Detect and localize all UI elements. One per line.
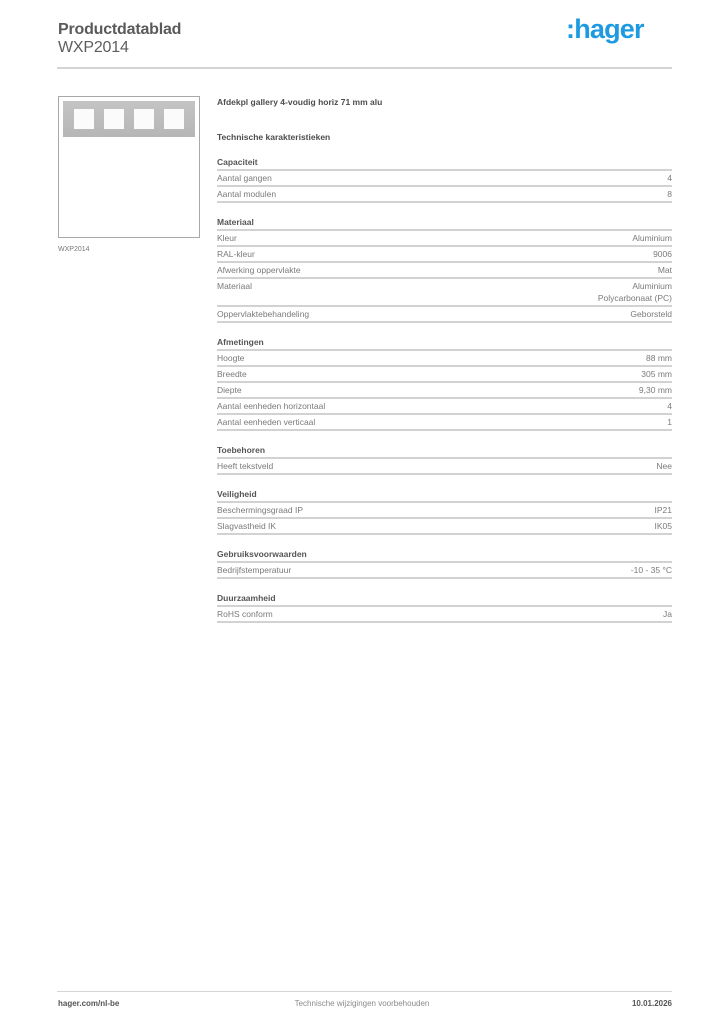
spec-value-line: Aluminium bbox=[598, 280, 672, 292]
spec-value: 8 bbox=[667, 188, 672, 200]
spec-row: OppervlaktebehandelingGeborsteld bbox=[217, 307, 672, 323]
spec-value-line: 8 bbox=[667, 188, 672, 200]
spec-row: KleurAluminium bbox=[217, 231, 672, 247]
spec-label: Aantal modulen bbox=[217, 188, 276, 200]
spec-row: Slagvastheid IKIK05 bbox=[217, 519, 672, 535]
spec-value-line: 88 mm bbox=[646, 352, 672, 364]
spec-value-line: 9006 bbox=[653, 248, 672, 260]
spec-section: MateriaalKleurAluminiumRAL-kleur9006Afwe… bbox=[217, 216, 672, 323]
spec-row: Afwerking oppervlakteMat bbox=[217, 263, 672, 279]
spec-section: DuurzaamheidRoHS conformJa bbox=[217, 592, 672, 623]
spec-row: Aantal eenheden verticaal1 bbox=[217, 415, 672, 431]
spec-value: Ja bbox=[663, 608, 672, 620]
spec-label: Kleur bbox=[217, 232, 237, 244]
spec-label: Slagvastheid IK bbox=[217, 520, 276, 532]
spec-label: Breedte bbox=[217, 368, 247, 380]
cover-plate-illustration bbox=[63, 101, 195, 137]
spec-value: 1 bbox=[667, 416, 672, 428]
spec-row: Beschermingsgraad IPIP21 bbox=[217, 503, 672, 519]
spec-label: Oppervlaktebehandeling bbox=[217, 308, 309, 320]
spec-value-line: Ja bbox=[663, 608, 672, 620]
spec-row: RoHS conformJa bbox=[217, 607, 672, 623]
spec-value: -10 - 35 °C bbox=[631, 564, 672, 576]
spec-label: Heeft tekstveld bbox=[217, 460, 273, 472]
plate-opening bbox=[74, 109, 94, 129]
spec-label: Aantal eenheden horizontaal bbox=[217, 400, 325, 412]
spec-value-line: Geborsteld bbox=[630, 308, 672, 320]
spec-value-line: Aluminium bbox=[632, 232, 672, 244]
spec-value: 9,30 mm bbox=[639, 384, 672, 396]
spec-label: Afwerking oppervlakte bbox=[217, 264, 301, 276]
spec-value-line: 9,30 mm bbox=[639, 384, 672, 396]
spec-value-line: Polycarbonaat (PC) bbox=[598, 292, 672, 304]
section-title: Toebehoren bbox=[217, 444, 672, 459]
spec-row: Aantal gangen4 bbox=[217, 171, 672, 187]
spec-value: Geborsteld bbox=[630, 308, 672, 320]
spec-value-line: 1 bbox=[667, 416, 672, 428]
spec-label: Aantal gangen bbox=[217, 172, 272, 184]
spec-value-line: Nee bbox=[656, 460, 672, 472]
product-name: Afdekpl gallery 4-voudig horiz 71 mm alu bbox=[217, 96, 672, 108]
spec-value-line: -10 - 35 °C bbox=[631, 564, 672, 576]
spec-row: Aantal modulen8 bbox=[217, 187, 672, 203]
spec-value: IK05 bbox=[655, 520, 673, 532]
spec-section: AfmetingenHoogte88 mmBreedte305 mmDiepte… bbox=[217, 336, 672, 431]
section-title: Afmetingen bbox=[217, 336, 672, 351]
spec-label: RAL-kleur bbox=[217, 248, 255, 260]
spec-label: Diepte bbox=[217, 384, 242, 396]
spec-value: Mat bbox=[658, 264, 672, 276]
hager-logo: :hager bbox=[566, 14, 644, 45]
spec-value: 88 mm bbox=[646, 352, 672, 364]
spec-row: Diepte9,30 mm bbox=[217, 383, 672, 399]
tech-characteristics-title: Technische karakteristieken bbox=[217, 131, 672, 143]
spec-section: ToebehorenHeeft tekstveldNee bbox=[217, 444, 672, 475]
spec-value-line: 305 mm bbox=[641, 368, 672, 380]
footer-divider bbox=[57, 991, 672, 992]
spec-value-line: IP21 bbox=[655, 504, 673, 516]
spec-value: 4 bbox=[667, 400, 672, 412]
section-title: Veiligheid bbox=[217, 488, 672, 503]
spec-value: IP21 bbox=[655, 504, 673, 516]
plate-opening bbox=[134, 109, 154, 129]
section-title: Gebruiksvoorwaarden bbox=[217, 548, 672, 563]
spec-value: Aluminium bbox=[632, 232, 672, 244]
spec-section: GebruiksvoorwaardenBedrijfstemperatuur-1… bbox=[217, 548, 672, 579]
document-title: Productdatablad bbox=[58, 21, 181, 39]
product-code: WXP2014 bbox=[58, 39, 129, 57]
spec-content: Afdekpl gallery 4-voudig horiz 71 mm alu… bbox=[217, 96, 672, 623]
spec-row: MateriaalAluminiumPolycarbonaat (PC) bbox=[217, 279, 672, 307]
spec-row: Aantal eenheden horizontaal4 bbox=[217, 399, 672, 415]
footer-disclaimer: Technische wijzigingen voorbehouden bbox=[0, 999, 724, 1008]
spec-section: CapaciteitAantal gangen4Aantal modulen8 bbox=[217, 156, 672, 203]
section-title: Duurzaamheid bbox=[217, 592, 672, 607]
spec-value-line: IK05 bbox=[655, 520, 673, 532]
image-caption: WXP2014 bbox=[58, 246, 90, 253]
spec-label: Materiaal bbox=[217, 280, 252, 292]
spec-label: Aantal eenheden verticaal bbox=[217, 416, 315, 428]
spec-label: RoHS conform bbox=[217, 608, 273, 620]
spec-row: Bedrijfstemperatuur-10 - 35 °C bbox=[217, 563, 672, 579]
spec-row: Hoogte88 mm bbox=[217, 351, 672, 367]
section-title: Capaciteit bbox=[217, 156, 672, 171]
spec-sections: CapaciteitAantal gangen4Aantal modulen8M… bbox=[217, 156, 672, 623]
spec-value-line: 4 bbox=[667, 172, 672, 184]
spec-value: 4 bbox=[667, 172, 672, 184]
spec-row: Breedte305 mm bbox=[217, 367, 672, 383]
spec-section: VeiligheidBeschermingsgraad IPIP21Slagva… bbox=[217, 488, 672, 535]
spec-value: Nee bbox=[656, 460, 672, 472]
spec-value-line: 4 bbox=[667, 400, 672, 412]
header-divider bbox=[57, 67, 672, 69]
spec-value: 9006 bbox=[653, 248, 672, 260]
spec-value: AluminiumPolycarbonaat (PC) bbox=[598, 280, 672, 304]
spec-label: Bedrijfstemperatuur bbox=[217, 564, 291, 576]
product-image bbox=[58, 96, 200, 238]
spec-row: RAL-kleur9006 bbox=[217, 247, 672, 263]
plate-opening bbox=[104, 109, 124, 129]
spec-row: Heeft tekstveldNee bbox=[217, 459, 672, 475]
spec-label: Hoogte bbox=[217, 352, 244, 364]
footer-date: 10.01.2026 bbox=[632, 999, 672, 1008]
spec-value-line: Mat bbox=[658, 264, 672, 276]
spec-label: Beschermingsgraad IP bbox=[217, 504, 303, 516]
spec-value: 305 mm bbox=[641, 368, 672, 380]
section-title: Materiaal bbox=[217, 216, 672, 231]
plate-opening bbox=[164, 109, 184, 129]
